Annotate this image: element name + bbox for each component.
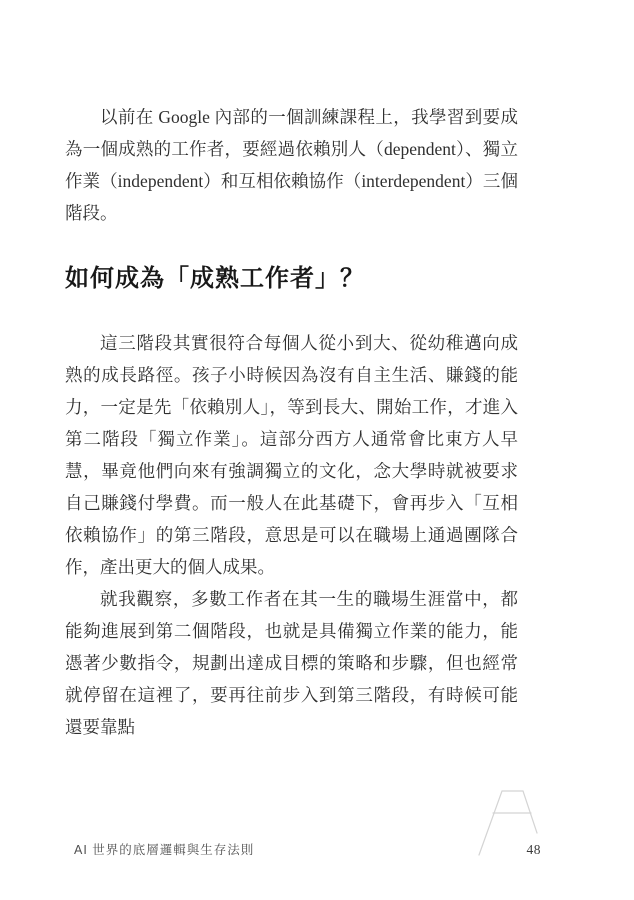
body-paragraph-1: 這三階段其實很符合每個人從小到大、從幼稚邁向成熟的成長路徑。孩子小時候因為沒有自… — [65, 327, 518, 583]
page-footer: AI 世界的底層邏輯與生存法則 48 — [74, 840, 541, 858]
book-page: 以前在 Google 內部的一個訓練課程上，我學習到要成為一個成熟的工作者，要經… — [0, 0, 634, 900]
footer-book-title: AI 世界的底層邏輯與生存法則 — [74, 840, 254, 858]
section-heading: 如何成為「成熟工作者」？ — [65, 261, 518, 297]
footer-page-number: 48 — [527, 842, 542, 858]
body-paragraph-2: 就我觀察，多數工作者在其一生的職場生涯當中，都能夠進展到第二個階段，也就是具備獨… — [65, 583, 518, 743]
intro-paragraph: 以前在 Google 內部的一個訓練課程上，我學習到要成為一個成熟的工作者，要經… — [65, 101, 518, 229]
page-text-block: 以前在 Google 內部的一個訓練課程上，我學習到要成為一個成熟的工作者，要經… — [65, 101, 518, 743]
